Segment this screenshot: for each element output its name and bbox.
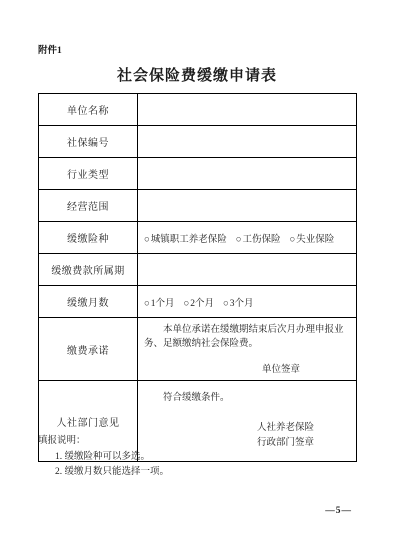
option-label: 2个月 <box>190 299 214 309</box>
table-row: 缴费承诺 本单位承诺在缓缴期结束后次月办理申报业务、足额缴纳社会保险费。 单位签… <box>39 318 357 381</box>
attachment-label: 附件1 <box>38 42 62 56</box>
seal-line-1: 人社养老保险 <box>144 421 314 436</box>
option-label: 城镇职工养老保险 <box>151 235 227 245</box>
option-pension-insurance: ○城镇职工养老保险 <box>144 235 227 245</box>
option-label: 工伤保险 <box>243 235 281 245</box>
commitment-text: 本单位承诺在缓缴期结束后次月办理申报业务、足额缴纳社会保险费。 <box>144 323 350 352</box>
table-row: 缓缴月数 ○1个月○2个月○3个月 <box>39 286 357 318</box>
radio-circle-icon: ○ <box>290 235 296 245</box>
radio-circle-icon: ○ <box>236 235 242 245</box>
option-unemployment-insurance: ○失业保险 <box>290 235 335 245</box>
application-form-table: 单位名称 社保编号 行业类型 经营范围 缓缴险种 ○城镇职工养老保险○工伤保险○… <box>38 93 357 462</box>
table-row: 行业类型 <box>39 158 357 190</box>
radio-circle-icon: ○ <box>144 299 150 309</box>
radio-circle-icon: ○ <box>223 299 229 309</box>
seal-line-2: 行政部门签章 <box>144 436 314 451</box>
radio-circle-icon: ○ <box>144 235 150 245</box>
option-label: 3个月 <box>230 299 254 309</box>
department-seal-label: 人社养老保险 行政部门签章 <box>144 421 350 450</box>
payment-commitment-label: 缴费承诺 <box>39 318 138 381</box>
table-row: 经营范围 <box>39 190 357 222</box>
deferral-payment-period-label: 缓缴费款所属期 <box>39 254 138 286</box>
table-row: 缓缴险种 ○城镇职工养老保险○工伤保险○失业保险 <box>39 222 357 254</box>
page-number: —5— <box>325 506 352 516</box>
deferral-months-options: ○1个月○2个月○3个月 <box>138 286 357 318</box>
option-injury-insurance: ○工伤保险 <box>236 235 281 245</box>
option-2-months: ○2个月 <box>184 299 215 309</box>
option-label: 失业保险 <box>296 235 334 245</box>
unit-name-field <box>138 94 357 126</box>
deferral-months-label: 缓缴月数 <box>39 286 138 318</box>
business-scope-field <box>138 190 357 222</box>
note-item: 2. 缓缴月数只能选择一项。 <box>55 465 169 481</box>
table-row: 社保编号 <box>39 126 357 158</box>
table-row: 缓缴费款所属期 <box>39 254 357 286</box>
filling-instructions: 填报说明： 1. 缓缴险种可以多选。 2. 缓缴月数只能选择一项。 <box>38 434 169 481</box>
deferral-insurance-type-options: ○城镇职工养老保险○工伤保险○失业保险 <box>138 222 357 254</box>
hrss-department-opinion-cell: 符合缓缴条件。 人社养老保险 行政部门签章 <box>138 381 357 462</box>
social-insurance-number-label: 社保编号 <box>39 126 138 158</box>
industry-type-field <box>138 158 357 190</box>
deferral-payment-period-field <box>138 254 357 286</box>
page-title: 社会保险费缓缴申请表 <box>0 64 394 85</box>
note-item: 1. 缓缴险种可以多选。 <box>55 450 169 466</box>
opinion-text: 符合缓缴条件。 <box>144 391 350 405</box>
option-1-month: ○1个月 <box>144 299 175 309</box>
payment-commitment-cell: 本单位承诺在缓缴期结束后次月办理申报业务、足额缴纳社会保险费。 单位签章 <box>138 318 357 381</box>
unit-name-label: 单位名称 <box>39 94 138 126</box>
notes-heading: 填报说明： <box>38 434 169 450</box>
business-scope-label: 经营范围 <box>39 190 138 222</box>
option-3-months: ○3个月 <box>223 299 254 309</box>
option-label: 1个月 <box>151 299 175 309</box>
table-row: 单位名称 <box>39 94 357 126</box>
radio-circle-icon: ○ <box>184 299 190 309</box>
industry-type-label: 行业类型 <box>39 158 138 190</box>
social-insurance-number-field <box>138 126 357 158</box>
deferral-insurance-type-label: 缓缴险种 <box>39 222 138 254</box>
unit-seal-label: 单位签章 <box>144 361 350 375</box>
